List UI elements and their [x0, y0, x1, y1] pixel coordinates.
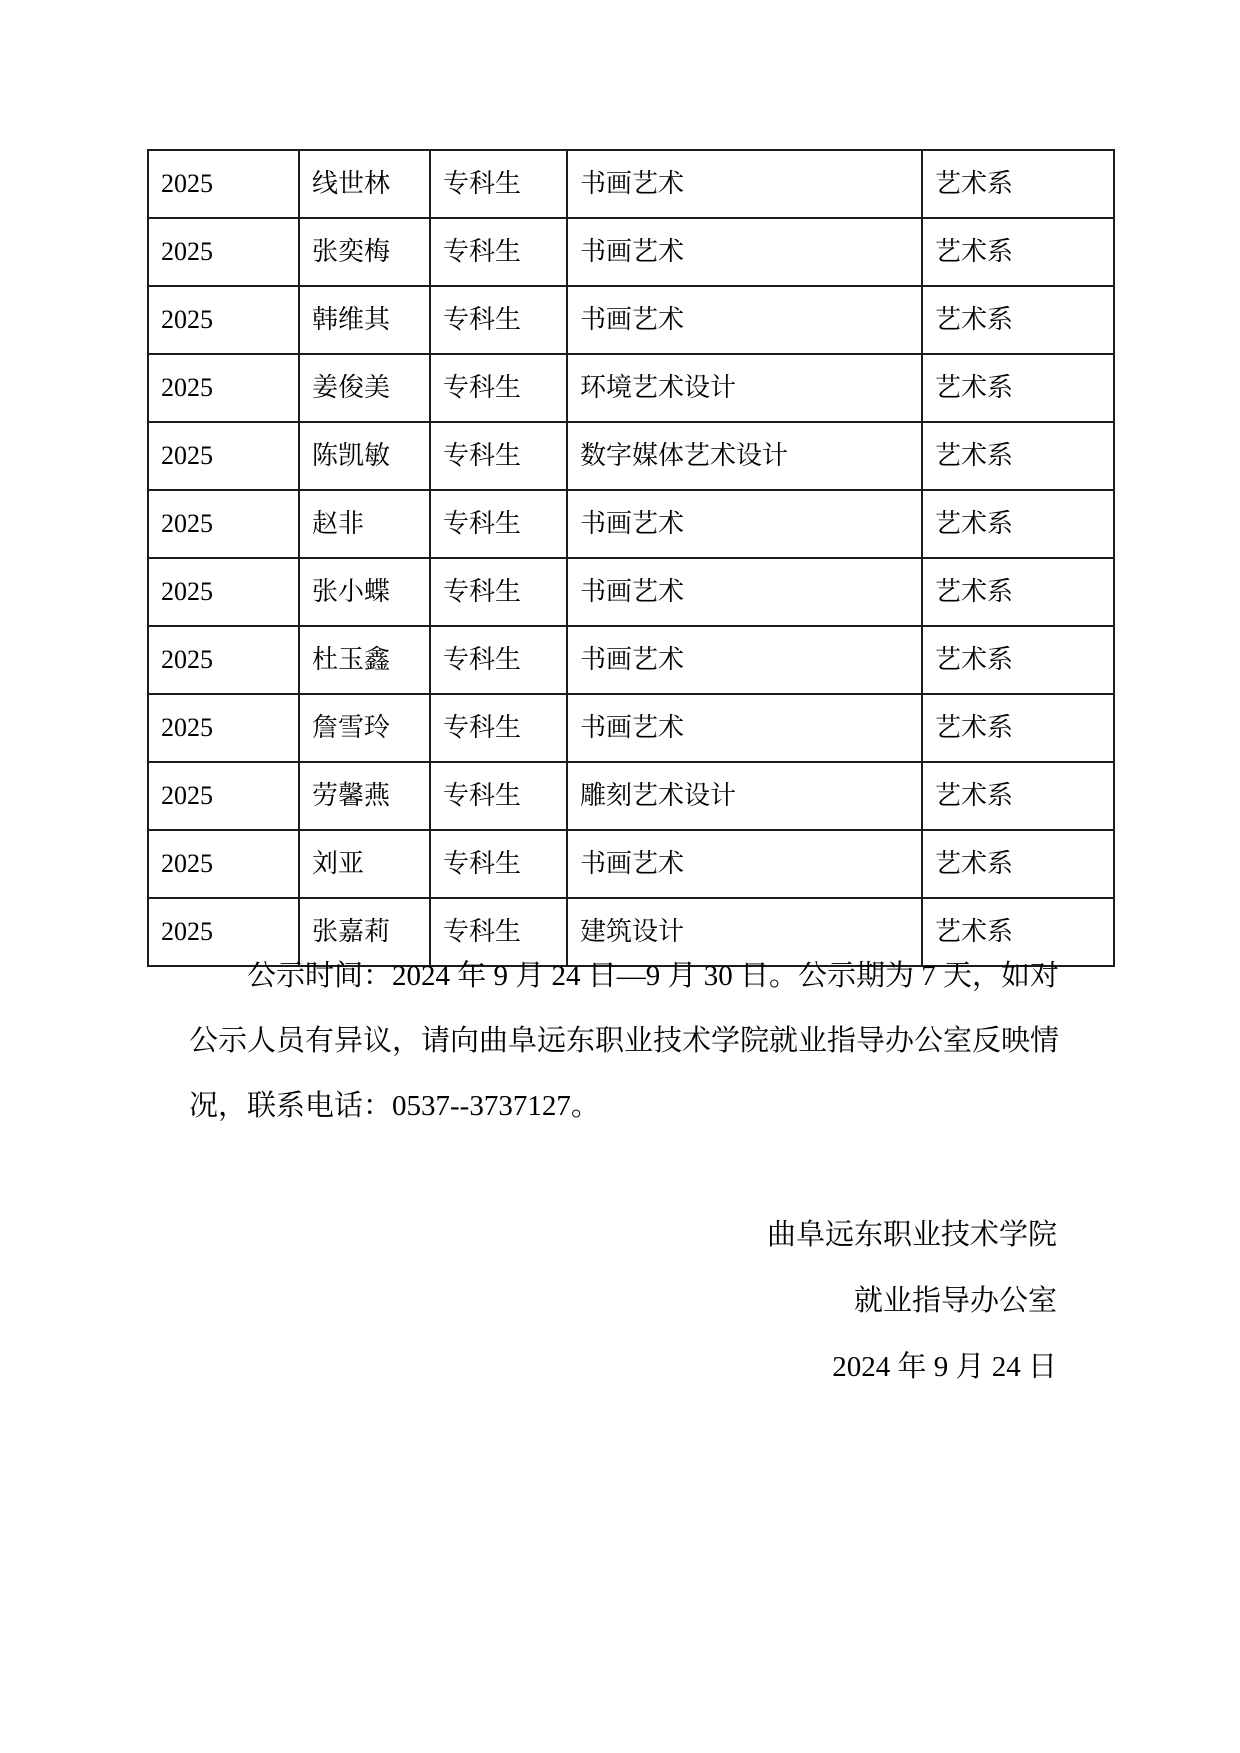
cell-major: 数字媒体艺术设计: [567, 422, 922, 490]
cell-year: 2025: [148, 354, 299, 422]
cell-name: 赵非: [299, 490, 430, 558]
table-row: 2025 詹雪玲 专科生 书画艺术 艺术系: [148, 694, 1114, 762]
cell-student-type: 专科生: [430, 694, 567, 762]
cell-major: 书画艺术: [567, 218, 922, 286]
table-row: 2025 陈凯敏 专科生 数字媒体艺术设计 艺术系: [148, 422, 1114, 490]
cell-major: 雕刻艺术设计: [567, 762, 922, 830]
cell-year: 2025: [148, 830, 299, 898]
graduate-roster-table: 2025 线世林 专科生 书画艺术 艺术系 2025 张奕梅 专科生 书画艺术 …: [147, 149, 1115, 967]
cell-major: 书画艺术: [567, 558, 922, 626]
cell-name: 刘亚: [299, 830, 430, 898]
cell-student-type: 专科生: [430, 150, 567, 218]
cell-name: 张小蝶: [299, 558, 430, 626]
table-row: 2025 韩维其 专科生 书画艺术 艺术系: [148, 286, 1114, 354]
cell-major: 书画艺术: [567, 490, 922, 558]
cell-student-type: 专科生: [430, 626, 567, 694]
cell-name: 线世林: [299, 150, 430, 218]
cell-name: 陈凯敏: [299, 422, 430, 490]
cell-major: 书画艺术: [567, 150, 922, 218]
cell-year: 2025: [148, 150, 299, 218]
table-row: 2025 张小蝶 专科生 书画艺术 艺术系: [148, 558, 1114, 626]
signature-org: 曲阜远东职业技术学院: [189, 1202, 1057, 1268]
cell-year: 2025: [148, 626, 299, 694]
notice-line-1: 公示时间：2024 年 9 月 24 日—9 月 30 日。公示期为 7 天，如…: [189, 944, 1059, 1009]
cell-department: 艺术系: [922, 354, 1114, 422]
signature-block: 曲阜远东职业技术学院 就业指导办公室 2024 年 9 月 24 日: [189, 1202, 1057, 1400]
table-row: 2025 杜玉鑫 专科生 书画艺术 艺术系: [148, 626, 1114, 694]
cell-major: 书画艺术: [567, 626, 922, 694]
table-row: 2025 姜俊美 专科生 环境艺术设计 艺术系: [148, 354, 1114, 422]
table-row: 2025 线世林 专科生 书画艺术 艺术系: [148, 150, 1114, 218]
cell-year: 2025: [148, 422, 299, 490]
cell-department: 艺术系: [922, 626, 1114, 694]
cell-department: 艺术系: [922, 558, 1114, 626]
table-row: 2025 刘亚 专科生 书画艺术 艺术系: [148, 830, 1114, 898]
cell-name: 姜俊美: [299, 354, 430, 422]
cell-department: 艺术系: [922, 490, 1114, 558]
cell-department: 艺术系: [922, 422, 1114, 490]
cell-major: 环境艺术设计: [567, 354, 922, 422]
notice-paragraph: 公示时间：2024 年 9 月 24 日—9 月 30 日。公示期为 7 天，如…: [189, 944, 1059, 1139]
cell-name: 詹雪玲: [299, 694, 430, 762]
cell-student-type: 专科生: [430, 218, 567, 286]
cell-year: 2025: [148, 218, 299, 286]
cell-student-type: 专科生: [430, 830, 567, 898]
document-page: 2025 线世林 专科生 书画艺术 艺术系 2025 张奕梅 专科生 书画艺术 …: [0, 0, 1240, 1753]
cell-student-type: 专科生: [430, 286, 567, 354]
cell-name: 韩维其: [299, 286, 430, 354]
cell-name: 张奕梅: [299, 218, 430, 286]
table-row: 2025 劳馨燕 专科生 雕刻艺术设计 艺术系: [148, 762, 1114, 830]
cell-department: 艺术系: [922, 762, 1114, 830]
cell-department: 艺术系: [922, 830, 1114, 898]
cell-department: 艺术系: [922, 286, 1114, 354]
notice-line-2: 公示人员有异议，请向曲阜远东职业技术学院就业指导办公室反映情: [189, 1009, 1059, 1074]
cell-year: 2025: [148, 490, 299, 558]
cell-department: 艺术系: [922, 218, 1114, 286]
cell-year: 2025: [148, 558, 299, 626]
cell-student-type: 专科生: [430, 422, 567, 490]
cell-major: 书画艺术: [567, 830, 922, 898]
roster-table-body: 2025 线世林 专科生 书画艺术 艺术系 2025 张奕梅 专科生 书画艺术 …: [148, 150, 1114, 966]
cell-name: 劳馨燕: [299, 762, 430, 830]
table-row: 2025 张奕梅 专科生 书画艺术 艺术系: [148, 218, 1114, 286]
cell-student-type: 专科生: [430, 354, 567, 422]
cell-student-type: 专科生: [430, 490, 567, 558]
cell-major: 书画艺术: [567, 694, 922, 762]
cell-major: 书画艺术: [567, 286, 922, 354]
cell-name: 杜玉鑫: [299, 626, 430, 694]
cell-department: 艺术系: [922, 694, 1114, 762]
signature-date: 2024 年 9 月 24 日: [189, 1334, 1057, 1400]
cell-student-type: 专科生: [430, 558, 567, 626]
notice-line-3: 况，联系电话：0537--3737127。: [189, 1074, 1059, 1139]
table-row: 2025 赵非 专科生 书画艺术 艺术系: [148, 490, 1114, 558]
cell-student-type: 专科生: [430, 762, 567, 830]
signature-office: 就业指导办公室: [189, 1268, 1057, 1334]
cell-department: 艺术系: [922, 150, 1114, 218]
cell-year: 2025: [148, 762, 299, 830]
cell-year: 2025: [148, 286, 299, 354]
cell-year: 2025: [148, 694, 299, 762]
